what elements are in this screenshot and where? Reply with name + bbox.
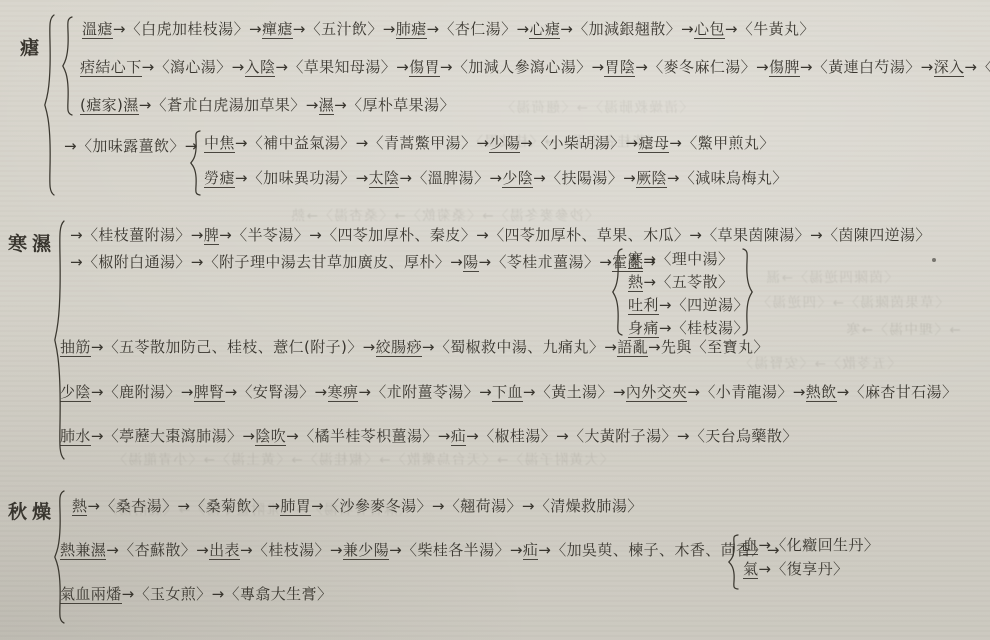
flow-text: →〈草果知母湯〉→ bbox=[275, 58, 409, 76]
flow-row: 中焦→〈補中益氣湯〉→〈青蒿鱉甲湯〉→少陽→〈小柴胡湯〉→瘧母→〈鱉甲煎丸〉 bbox=[204, 134, 775, 153]
branch-row: 身痛→〈桂枝湯〉 bbox=[628, 319, 749, 338]
branch-row: 吐利→〈四逆湯〉 bbox=[628, 296, 749, 315]
flow-text: →〈杏蘇散〉→ bbox=[106, 541, 209, 559]
flow-text: →〈蒼朮白虎湯加草果〉→ bbox=[139, 96, 319, 114]
flow-text: →〈柴桂各半湯〉→ bbox=[389, 541, 523, 559]
flow-text: →〈加味異功湯〉→ bbox=[235, 169, 369, 187]
branch-brace-left bbox=[728, 534, 739, 590]
condition-term: 熱 bbox=[72, 497, 87, 516]
condition-term: 陰吹 bbox=[255, 427, 286, 446]
flow-text: →〈理中湯〉 bbox=[643, 250, 733, 268]
flow-row: 溫瘧→〈白虎加桂枝湯〉→癉瘧→〈五汁飲〉→肺瘧→〈杏仁湯〉→心瘧→〈加減銀翹散〉… bbox=[82, 20, 815, 39]
flow-text: →〈桂枝湯〉→ bbox=[240, 541, 343, 559]
flow-text: →〈黃連白芍湯〉→ bbox=[800, 58, 934, 76]
bleed-through-text: →〈理中湯〉→寒 bbox=[845, 318, 961, 338]
flow-text: →〈露薑飲〉 bbox=[964, 58, 990, 76]
condition-term: 肺胃 bbox=[280, 497, 311, 516]
condition-term: 入陰 bbox=[245, 58, 276, 77]
flow-text: →〈麥冬麻仁湯〉→ bbox=[635, 58, 769, 76]
condition-term: 寒 bbox=[628, 250, 643, 269]
flow-text: →〈五苓散加防己、桂枝、薏仁(附子)〉→ bbox=[91, 338, 376, 356]
flow-text: →〈白虎加桂枝湯〉→ bbox=[113, 20, 262, 38]
group-brace bbox=[62, 16, 73, 116]
condition-term: 肺瘧 bbox=[396, 20, 427, 39]
flow-row: →〈加味露薑飲〉→ bbox=[64, 137, 198, 156]
condition-term: (瘧家)濕 bbox=[80, 96, 139, 115]
group-brace bbox=[190, 130, 201, 196]
flow-text: →〈朮附薑苓湯〉→ bbox=[358, 383, 492, 401]
flow-row: →〈椒附白通湯〉→〈附子理中湯去甘草加廣皮、厚朴〉→陽→〈苓桂朮薑湯〉→霍亂→ bbox=[70, 253, 656, 272]
flow-text: →〈加減銀翹散〉→ bbox=[560, 20, 694, 38]
flow-text: →〈鱉甲煎丸〉 bbox=[669, 134, 774, 152]
condition-term: 傷脾 bbox=[769, 58, 800, 77]
condition-term: 抽筋 bbox=[60, 338, 91, 357]
flow-text: →〈瀉心湯〉→ bbox=[142, 58, 245, 76]
flow-text: →〈五汁飲〉→ bbox=[293, 20, 396, 38]
flow-row: 熱兼濕→〈杏蘇散〉→出表→〈桂枝湯〉→兼少陽→〈柴桂各半湯〉→疝→〈加吳萸、楝子… bbox=[60, 541, 780, 560]
branch-brace-right bbox=[742, 248, 753, 336]
bleed-through-text: 〈茵陳四逆湯〉→濕 bbox=[765, 266, 898, 286]
flow-text: →〈沙參麥冬湯〉→〈翹荷湯〉→〈清燥救肺湯〉 bbox=[311, 497, 643, 515]
flow-text: →〈桂枝湯〉 bbox=[659, 319, 749, 337]
branch-row: 寒→〈理中湯〉 bbox=[628, 250, 733, 269]
condition-term: 少陰 bbox=[60, 383, 91, 402]
branch-brace-left bbox=[612, 248, 623, 336]
flow-text: →〈黃土湯〉→ bbox=[523, 383, 626, 401]
condition-term: 寒痹 bbox=[328, 383, 359, 402]
section-label-hanshi: 寒濕 bbox=[8, 229, 56, 256]
condition-term: 濕 bbox=[319, 96, 334, 115]
condition-term: 脾 bbox=[204, 226, 219, 245]
branch-row: 熱→〈五苓散〉 bbox=[628, 273, 733, 292]
flow-text: →〈減味烏梅丸〉 bbox=[667, 169, 788, 187]
bleed-through-text: 〈沙參麥冬湯〉→〈桑菊飲〉→〈桑杏湯〉→熱 bbox=[290, 204, 598, 224]
condition-term: 兼少陽 bbox=[343, 541, 389, 560]
flow-text: →〈桑杏湯〉→〈桑菊飲〉→ bbox=[87, 497, 280, 515]
condition-term: 勞瘧 bbox=[204, 169, 235, 188]
flow-row: 熱→〈桑杏湯〉→〈桑菊飲〉→肺胃→〈沙參麥冬湯〉→〈翹荷湯〉→〈清燥救肺湯〉 bbox=[72, 497, 643, 516]
flow-row: (瘧家)濕→〈蒼朮白虎湯加草果〉→濕→〈厚朴草果湯〉 bbox=[80, 96, 455, 115]
flow-text: →〈加味露薑飲〉→ bbox=[64, 137, 198, 155]
condition-term: 吐利 bbox=[628, 296, 659, 315]
condition-term: 太陰 bbox=[369, 169, 400, 188]
flow-text: →〈加減人參瀉心湯〉→ bbox=[440, 58, 605, 76]
condition-term: 肺水 bbox=[60, 427, 91, 446]
condition-term: 瘧母 bbox=[638, 134, 669, 153]
bleed-through-text: 〈大黃附子湯〉→〈天台烏藥散〉→〈椒桂湯〉→〈黃土湯〉→〈小青龍湯〉 bbox=[112, 448, 613, 468]
flow-text: →〈溫脾湯〉→ bbox=[399, 169, 502, 187]
branch-row: 血→〈化癥回生丹〉 bbox=[743, 536, 879, 555]
bleed-through-text: 〈清燥救肺湯〉→〈翹荷湯〉 bbox=[500, 96, 693, 116]
condition-term: 胃陰 bbox=[604, 58, 635, 77]
flow-row: 痞結心下→〈瀉心湯〉→入陰→〈草果知母湯〉→傷胃→〈加減人參瀉心湯〉→胃陰→〈麥… bbox=[80, 58, 990, 77]
flow-row: 氣血兩燔→〈玉女煎〉→〈專翕大生膏〉 bbox=[60, 585, 332, 604]
flow-text: →〈復享丹〉 bbox=[758, 560, 848, 578]
condition-term: 脾腎 bbox=[194, 383, 225, 402]
section-brace bbox=[44, 14, 55, 196]
flow-text: →〈玉女煎〉→〈專翕大生膏〉 bbox=[122, 585, 333, 603]
flow-text: →〈杏仁湯〉→ bbox=[427, 20, 530, 38]
flow-text: →〈麻杏甘石湯〉 bbox=[837, 383, 958, 401]
flow-text: →〈五苓散〉 bbox=[643, 273, 733, 291]
flow-text: →〈小柴胡湯〉→ bbox=[520, 134, 638, 152]
flow-text: →〈小青龍湯〉→ bbox=[687, 383, 805, 401]
flow-text: →先與〈至寶丸〉 bbox=[648, 338, 769, 356]
flow-row: →〈桂枝薑附湯〉→脾→〈半苓湯〉→〈四苓加厚朴、秦皮〉→〈四苓加厚朴、草果、木瓜… bbox=[70, 226, 931, 245]
flow-text: →〈扶陽湯〉→ bbox=[533, 169, 636, 187]
condition-term: 血 bbox=[743, 536, 758, 555]
condition-term: 深入 bbox=[934, 58, 965, 77]
condition-term: 熱飲 bbox=[806, 383, 837, 402]
condition-term: 心瘧 bbox=[529, 20, 560, 39]
section-label-nue: 瘧 bbox=[20, 33, 44, 60]
condition-term: 熱兼濕 bbox=[60, 541, 106, 560]
bleed-through-text: 〈草果茵陳湯〉→〈四逆湯〉 bbox=[756, 291, 949, 311]
condition-term: 語亂 bbox=[617, 338, 648, 357]
flow-text: →〈補中益氣湯〉→〈青蒿鱉甲湯〉→ bbox=[235, 134, 490, 152]
flow-text: →〈桂枝薑附湯〉→ bbox=[70, 226, 204, 244]
condition-term: 出表 bbox=[209, 541, 240, 560]
condition-term: 痞結心下 bbox=[80, 58, 142, 77]
flow-text: →〈椒附白通湯〉→〈附子理中湯去甘草加廣皮、厚朴〉→ bbox=[70, 253, 463, 271]
condition-term: 心包 bbox=[694, 20, 725, 39]
flow-row: 肺水→〈葶藶大棗瀉肺湯〉→陰吹→〈橘半桂苓枳薑湯〉→疝→〈椒桂湯〉→〈大黃附子湯… bbox=[60, 427, 798, 446]
flow-text: →〈化癥回生丹〉 bbox=[758, 536, 879, 554]
condition-term: 陽 bbox=[463, 253, 478, 272]
condition-term: 疝 bbox=[523, 541, 538, 560]
flow-text: →〈葶藶大棗瀉肺湯〉→ bbox=[91, 427, 256, 445]
flow-text: →〈安腎湯〉→ bbox=[225, 383, 328, 401]
flow-text: →〈厚朴草果湯〉 bbox=[334, 96, 455, 114]
condition-term: 溫瘧 bbox=[82, 20, 113, 39]
flow-text: →〈半苓湯〉→〈四苓加厚朴、秦皮〉→〈四苓加厚朴、草果、木瓜〉→〈草果茵陳湯〉→… bbox=[219, 226, 931, 244]
condition-term: 傷胃 bbox=[409, 58, 440, 77]
ink-speck bbox=[932, 258, 936, 262]
branch-row: 氣→〈復享丹〉 bbox=[743, 560, 848, 579]
flow-text: →〈蜀椒救中湯、九痛丸〉→ bbox=[422, 338, 617, 356]
flow-row: 少陰→〈鹿附湯〉→脾腎→〈安腎湯〉→寒痹→〈朮附薑苓湯〉→下血→〈黃土湯〉→內外… bbox=[60, 383, 957, 402]
condition-term: 絞腸痧 bbox=[376, 338, 422, 357]
section-label-qiuzao: 秋燥 bbox=[8, 497, 56, 524]
flow-text: →〈椒桂湯〉→〈大黃附子湯〉→〈天台烏藥散〉 bbox=[466, 427, 798, 445]
condition-term: 厥陰 bbox=[636, 169, 667, 188]
condition-term: 中焦 bbox=[204, 134, 235, 153]
flow-text: →〈橘半桂苓枳薑湯〉→ bbox=[286, 427, 451, 445]
condition-term: 少陽 bbox=[489, 134, 520, 153]
condition-term: 內外交夾 bbox=[626, 383, 688, 402]
scanned-page: 〈清燥救肺湯〉→〈翹荷湯〉 〈柴桂各半湯〉→〈桂枝湯〉 〈沙參麥冬湯〉→〈桑菊飲… bbox=[0, 0, 990, 640]
condition-term: 癉瘧 bbox=[262, 20, 293, 39]
flow-text: →〈牛黃丸〉 bbox=[725, 20, 815, 38]
condition-term: 少陰 bbox=[502, 169, 533, 188]
condition-term: 疝 bbox=[451, 427, 466, 446]
flow-row: 抽筋→〈五苓散加防己、桂枝、薏仁(附子)〉→絞腸痧→〈蜀椒救中湯、九痛丸〉→語亂… bbox=[60, 338, 769, 357]
flow-text: →〈苓桂朮薑湯〉→ bbox=[479, 253, 613, 271]
flow-row: 勞瘧→〈加味異功湯〉→太陰→〈溫脾湯〉→少陰→〈扶陽湯〉→厥陰→〈減味烏梅丸〉 bbox=[204, 169, 788, 188]
condition-term: 氣血兩燔 bbox=[60, 585, 122, 604]
condition-term: 氣 bbox=[743, 560, 758, 579]
flow-text: →〈四逆湯〉 bbox=[659, 296, 749, 314]
flow-text: →〈鹿附湯〉→ bbox=[91, 383, 194, 401]
condition-term: 下血 bbox=[492, 383, 523, 402]
condition-term: 熱 bbox=[628, 273, 643, 292]
condition-term: 身痛 bbox=[628, 319, 659, 338]
